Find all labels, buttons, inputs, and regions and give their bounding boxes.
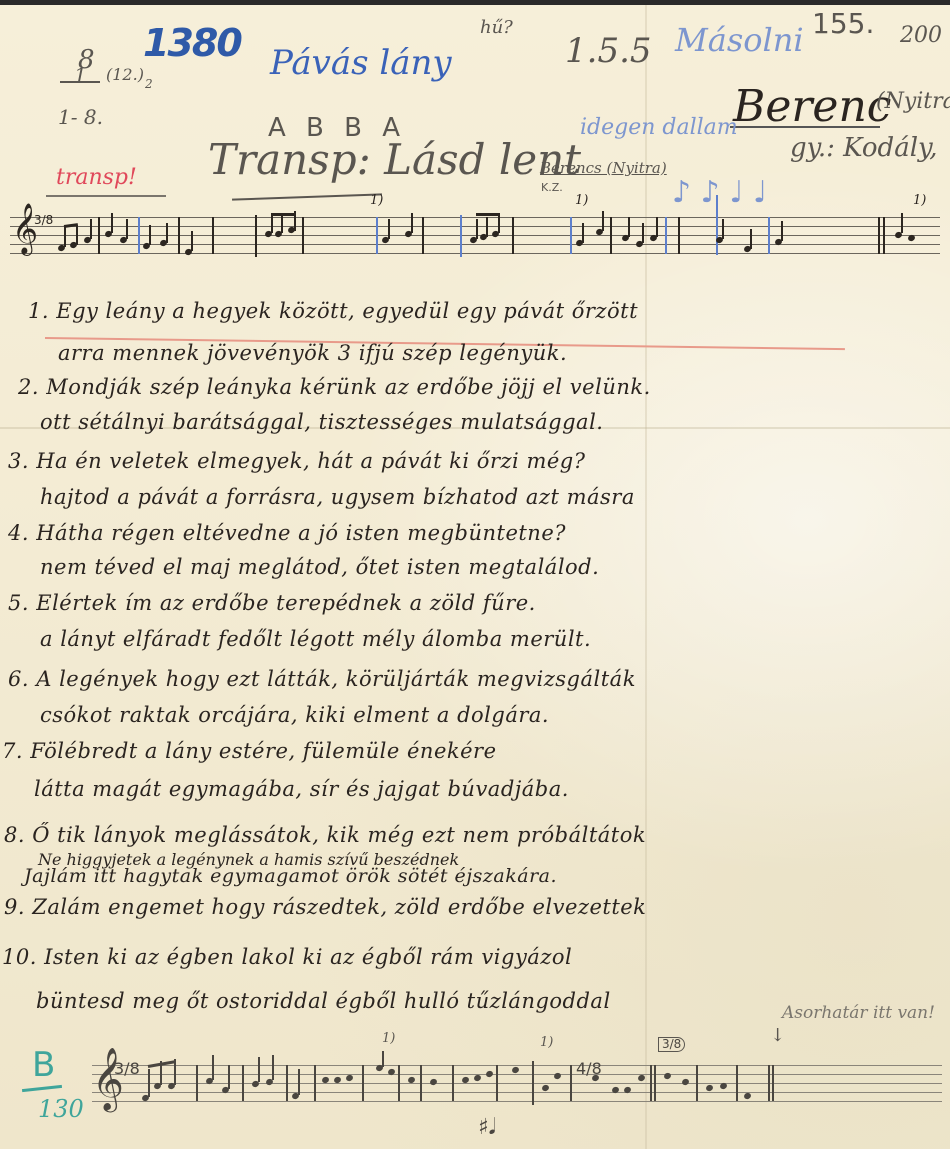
- treble-clef-icon: 𝄞: [12, 203, 38, 254]
- red-note-underline: [46, 195, 166, 197]
- verse-3-line-1: 3. Ha én veletek elmegyek, hát a pávát k…: [8, 449, 585, 473]
- down-arrow-icon: ↓: [770, 1025, 785, 1046]
- verse-text: A legények hogy ezt látták, körüljárták …: [36, 667, 636, 691]
- verse-text: Mondják szép leányka kérünk az erdőbe jö…: [46, 375, 651, 399]
- verse-9-line-1: 9. Zalám engemet hogy rászedtek, zöld er…: [4, 895, 646, 919]
- verse-7-line-1: 7. Fölébredt a lány estére, fülemüle éne…: [2, 739, 497, 763]
- verse-number: 2.: [18, 375, 39, 399]
- time-signature-bottom: 3/8: [114, 1061, 140, 1076]
- verse-text: Isten ki az égben lakol ki az égből rám …: [44, 945, 572, 969]
- fraction-subscript: 2: [145, 77, 153, 91]
- sharp-chord-icon: ♯𝅘𝅥: [478, 1115, 496, 1140]
- verse-5-line-2: a lányt elfáradt fedőlt légott mély álom…: [40, 627, 591, 651]
- verse-6-line-2: csókot raktak orcájára, kiki elment a do…: [40, 703, 549, 727]
- verse-5-line-1: 5. Elértek ím az erdőbe terepédnek a zöl…: [8, 591, 536, 615]
- transp-note: Transp: Lásd lent: [208, 135, 581, 184]
- verse-2-line-2: ott sétálnyi barátsággal, tisztességes m…: [40, 410, 603, 434]
- time-signature-change: 4/8: [576, 1061, 602, 1076]
- verse-10-line-2: büntesd meg őt ostoriddal égből hulló tű…: [36, 989, 611, 1013]
- copy-note: Másolni: [675, 21, 804, 59]
- place-region: (Nyitra): [876, 89, 950, 114]
- inset-time-signature: 3/8: [658, 1037, 685, 1052]
- footnote-mark-4: 1): [382, 1031, 395, 1046]
- verse-7-line-2: látta magát egymagába, sír és jajgat búv…: [34, 777, 569, 801]
- song-title: Pávás lány: [270, 43, 452, 83]
- verse-10-line-1: 10. Isten ki az égben lakol ki az égből …: [2, 945, 572, 969]
- page-number: 155.: [812, 7, 874, 40]
- verse-2-line-1: 2. Mondják szép leányka kérünk az erdőbe…: [18, 375, 651, 399]
- verse-number: 4.: [8, 521, 29, 545]
- verse-1-line-2: arra mennek jövevényök 3 ifjú szép legén…: [58, 341, 567, 365]
- section-number: 130: [38, 1095, 84, 1123]
- top-music-staff: 𝄞 3/8 1): [10, 215, 940, 255]
- verse-number: 7.: [2, 739, 23, 763]
- verse-text: Elértek ím az erdőbe terepédnek a zöld f…: [36, 591, 536, 615]
- verse-1-line-1: 1. Egy leány a hegyek között, egyedül eg…: [28, 299, 638, 323]
- footnote-mark-3: 1): [913, 193, 926, 208]
- question-mark-note: hű?: [480, 17, 513, 38]
- place-name: Berenc: [733, 81, 891, 132]
- small-initials: K.Z.: [541, 181, 563, 194]
- verse-text: Ő tik lányok meglássátok, kik még ezt ne…: [32, 823, 646, 847]
- verse-number: 5.: [8, 591, 29, 615]
- verse-4-line-2: nem téved el maj meglátod, őtet isten me…: [40, 555, 599, 579]
- fraction-denominator: 1: [74, 63, 87, 87]
- footnote-mark-5: 1): [540, 1035, 553, 1050]
- footnote-mark-1: 1): [370, 193, 383, 208]
- bottom-music-staff: 𝄞 3/8 1) 1) 4/8: [92, 1065, 942, 1105]
- verse-text: Ha én veletek elmegyek, hát a pávát ki ő…: [36, 449, 585, 473]
- verse-3-line-2: hajtod a pávát a forrásra, ugysem bízhat…: [40, 485, 635, 509]
- transp-underline: [232, 193, 382, 200]
- manuscript-page: 8 1 (12.) 2 1- 8. 1380 Pávás lány A B B …: [0, 5, 950, 1149]
- transp-red-note: transp!: [56, 165, 137, 190]
- verse-number: 8.: [4, 823, 25, 847]
- treble-clef-icon: 𝄞: [92, 1047, 124, 1111]
- small-place-name: Berencs (Nyitra): [540, 159, 667, 177]
- fraction-annotation: (12.): [106, 65, 144, 84]
- footnote-mark-2: 1): [575, 193, 588, 208]
- rhythm-code: 1.5.5: [565, 31, 652, 71]
- range-label: 1- 8.: [58, 105, 103, 129]
- verse-text: Hátha régen eltévedne a jó isten megbünt…: [36, 521, 566, 545]
- verse-number: 6.: [8, 667, 29, 691]
- corner-number: 200: [900, 23, 942, 48]
- boundary-annotation: Asorhatár itt van!: [782, 1003, 935, 1023]
- verse-8-line-1: 8. Ő tik lányok meglássátok, kik még ezt…: [4, 823, 646, 847]
- verse-number: 3.: [8, 449, 29, 473]
- verse-text: Zalám engemet hogy rászedtek, zöld erdőb…: [32, 895, 646, 919]
- verse-4-line-1: 4. Hátha régen eltévedne a jó isten megb…: [8, 521, 566, 545]
- verse-text: Fölébredt a lány estére, fülemüle énekér…: [30, 739, 496, 763]
- verse-8-line-3: Jajlám itt hagytak egymagamot örök sötét…: [24, 865, 557, 887]
- verse-text: Egy leány a hegyek között, egyedül egy p…: [56, 299, 638, 323]
- section-letter: B: [32, 1045, 55, 1085]
- time-signature-top: 3/8: [34, 215, 53, 226]
- verse-number: 1.: [28, 299, 49, 323]
- blue-rhythm-marks: ♪ ♪ ♩ ♩: [672, 175, 767, 210]
- verse-number: 10.: [2, 945, 37, 969]
- foreign-melody-note: idegen dallam: [580, 115, 738, 140]
- section-underline: [22, 1085, 62, 1092]
- verse-6-line-1: 6. A legények hogy ezt látták, körüljárt…: [8, 667, 636, 691]
- collector-note: gy.: Kodály,: [790, 133, 938, 163]
- verse-number: 9.: [4, 895, 25, 919]
- place-underline: [730, 126, 880, 128]
- archive-number: 1380: [143, 21, 241, 65]
